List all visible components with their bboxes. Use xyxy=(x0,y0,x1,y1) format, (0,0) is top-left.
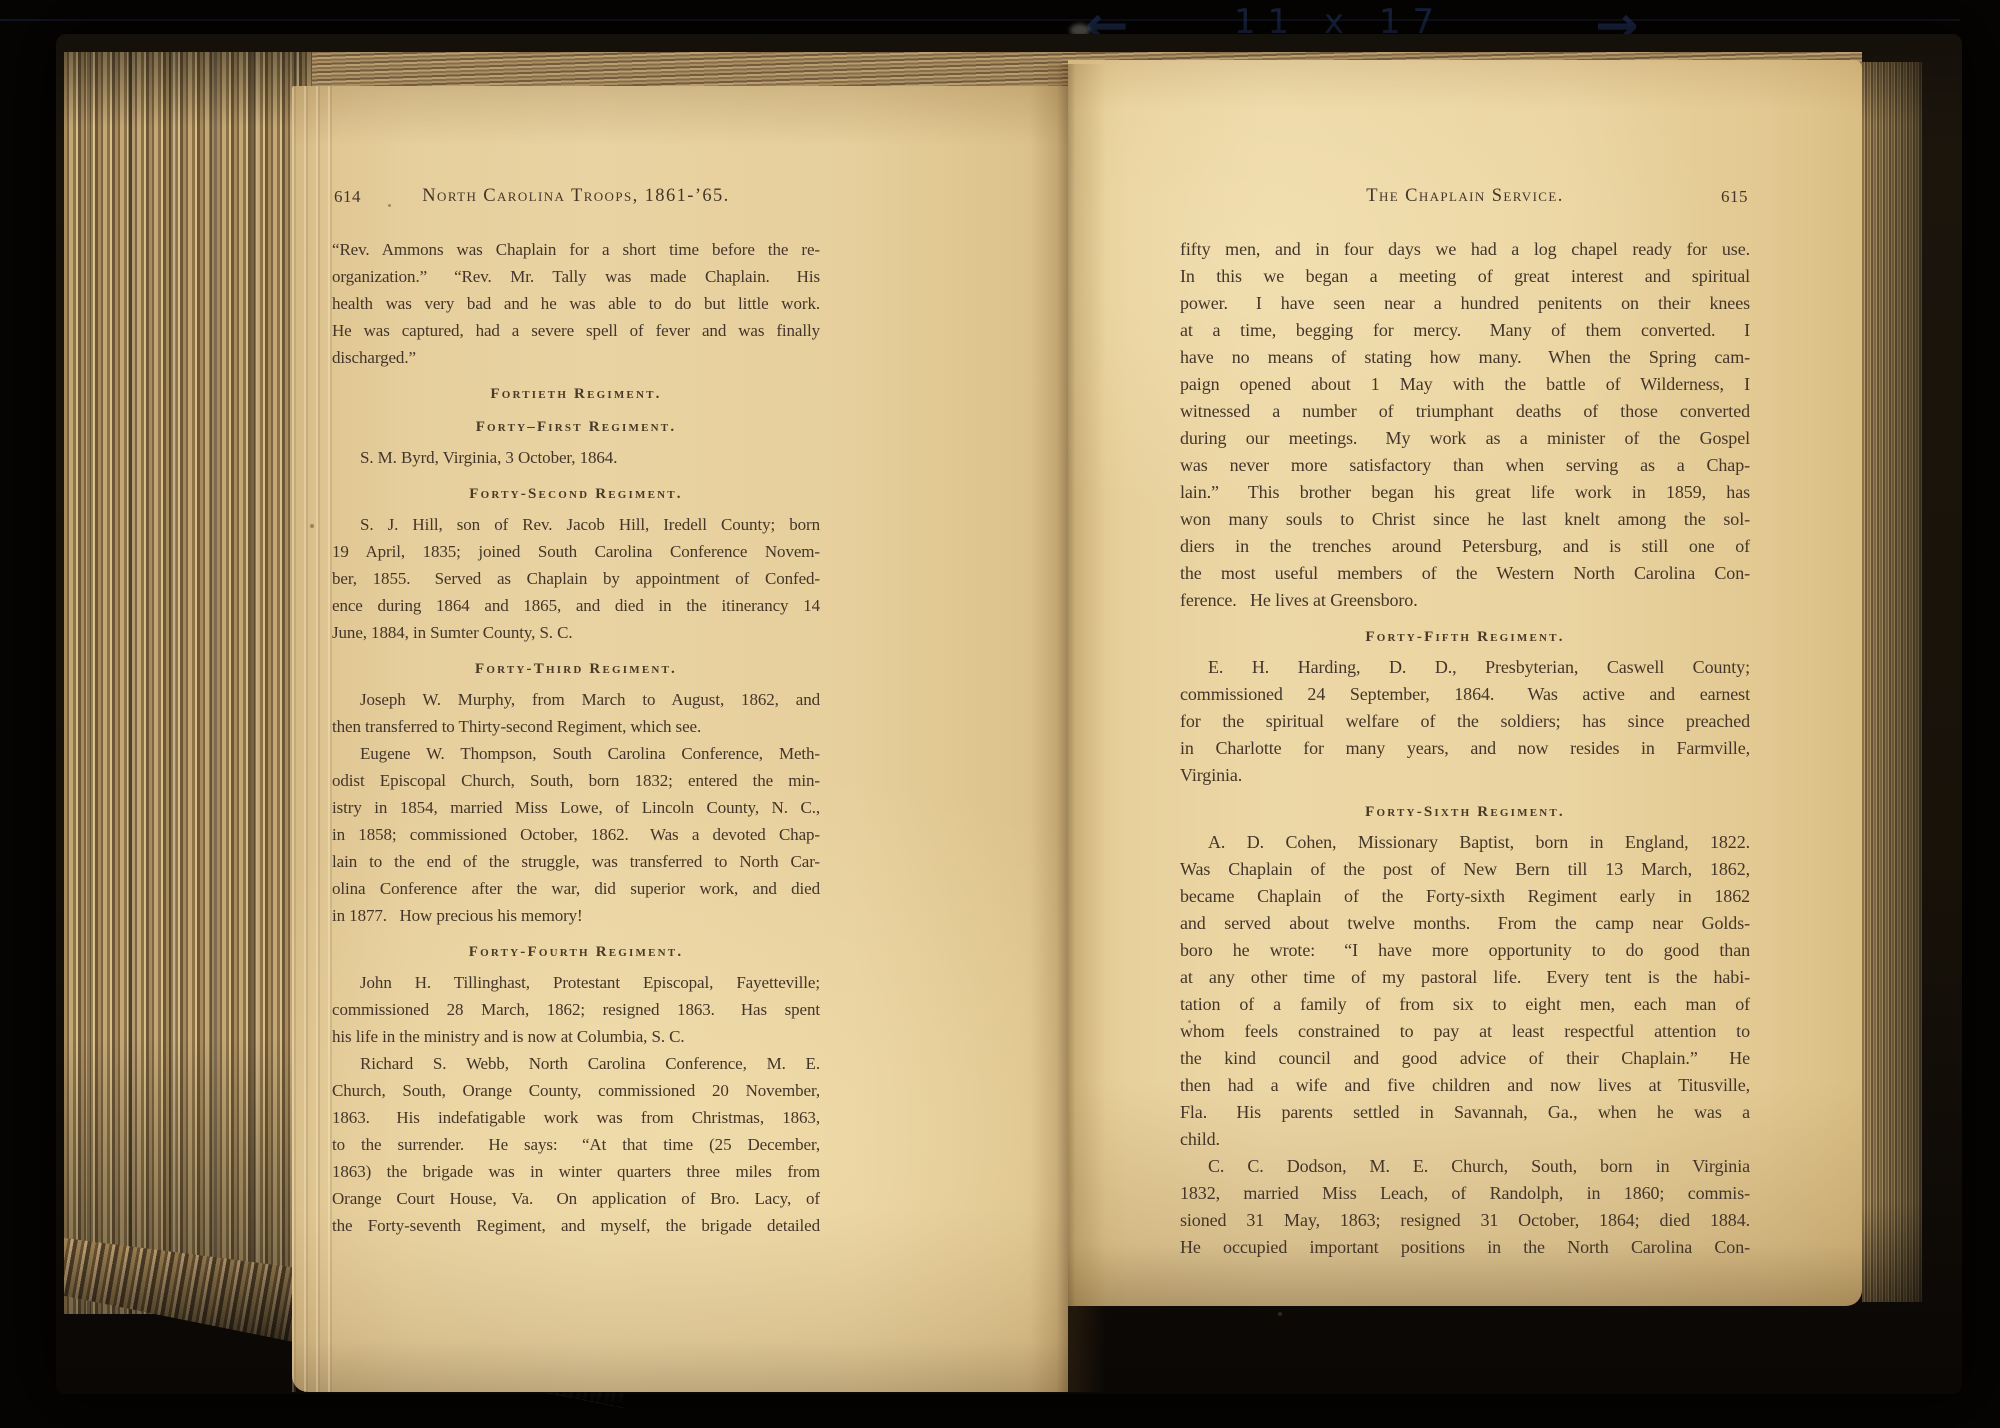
text-line: then transferred to Thirty-second Regime… xyxy=(332,713,820,740)
text-line: won many souls to Christ since he last k… xyxy=(1180,506,1750,533)
text-line: Joseph W. Murphy, from March to August, … xyxy=(332,686,820,713)
text-line: became Chaplain of the Forty-sixth Regim… xyxy=(1180,883,1750,910)
text-line: ence during 1864 and 1865, and died in t… xyxy=(332,592,820,619)
text-line: June, 1884, in Sumter County, S. C. xyxy=(332,619,820,646)
regiment-heading: Forty-Third Regiment. xyxy=(332,659,820,679)
paper-speck xyxy=(1278,1312,1282,1316)
paragraph: S. M. Byrd, Virginia, 3 October, 1864. xyxy=(332,444,820,471)
text-line: health was very bad and he was able to d… xyxy=(332,290,820,317)
text-line: Church, South, Orange County, commission… xyxy=(332,1077,820,1104)
text-line: Virginia. xyxy=(1180,762,1750,789)
text-line: Fla. His parents settled in Savannah, Ga… xyxy=(1180,1099,1750,1126)
text-line: fifty men, and in four days we had a log… xyxy=(1180,236,1750,263)
text-line: S. M. Byrd, Virginia, 3 October, 1864. xyxy=(332,444,820,471)
text-line: diers in the trenches around Petersburg,… xyxy=(1180,533,1750,560)
text-line: to the surrender. He says: “At that time… xyxy=(332,1131,820,1158)
text-line: during our meetings. My work as a minist… xyxy=(1180,425,1750,452)
right-text-column: The Chaplain Service. 615 fifty men, and… xyxy=(1180,186,1750,1261)
regiment-heading: Forty-Fifth Regiment. xyxy=(1180,627,1750,647)
text-line: He was captured, had a severe spell of f… xyxy=(332,317,820,344)
page-body: fifty men, and in four days we had a log… xyxy=(1180,236,1750,1261)
text-line: 1863) the brigade was in winter quarters… xyxy=(332,1158,820,1185)
paragraph: S. J. Hill, son of Rev. Jacob Hill, Ired… xyxy=(332,511,820,646)
paragraph: “Rev. Ammons was Chaplain for a short ti… xyxy=(332,236,820,371)
page-number: 614 xyxy=(334,187,361,207)
paragraph: A. D. Cohen, Missionary Baptist, born in… xyxy=(1180,829,1750,1153)
text-line: lain.” This brother began his great life… xyxy=(1180,479,1750,506)
text-line: power. I have seen near a hundred penite… xyxy=(1180,290,1750,317)
text-line: Was Chaplain of the post of New Bern til… xyxy=(1180,856,1750,883)
text-line: tation of a family of from six to eight … xyxy=(1180,991,1750,1018)
text-line: at a time, begging for mercy. Many of th… xyxy=(1180,317,1750,344)
text-line: Orange Court House, Va. On application o… xyxy=(332,1185,820,1212)
page-body: “Rev. Ammons was Chaplain for a short ti… xyxy=(332,236,820,1239)
text-line: “Rev. Ammons was Chaplain for a short ti… xyxy=(332,236,820,263)
text-line: A. D. Cohen, Missionary Baptist, born in… xyxy=(1180,829,1750,856)
text-line: sioned 31 May, 1863; resigned 31 October… xyxy=(1180,1207,1750,1234)
text-line: in 1877. How precious his memory! xyxy=(332,902,820,929)
text-line: the most useful members of the Western N… xyxy=(1180,560,1750,587)
text-line: the Forty-seventh Regiment, and myself, … xyxy=(332,1212,820,1239)
book-page-left: 614 North Carolina Troops, 1861-’65. “Re… xyxy=(292,86,1068,1392)
text-line: then had a wife and five children and no… xyxy=(1180,1072,1750,1099)
text-line: S. J. Hill, son of Rev. Jacob Hill, Ired… xyxy=(332,511,820,538)
text-line: 19 April, 1835; joined South Carolina Co… xyxy=(332,538,820,565)
regiment-heading: Fortieth Regiment. xyxy=(332,384,820,404)
text-line: E. H. Harding, D. D., Presbyterian, Casw… xyxy=(1180,654,1750,681)
text-line: have no means of stating how many. When … xyxy=(1180,344,1750,371)
text-line: ference. He lives at Greensboro. xyxy=(1180,587,1750,614)
paragraph: Joseph W. Murphy, from March to August, … xyxy=(332,686,820,740)
regiment-heading: Forty-Sixth Regiment. xyxy=(1180,802,1750,822)
paragraph: John H. Tillinghast, Protestant Episcopa… xyxy=(332,969,820,1050)
text-line: commissioned 28 March, 1862; resigned 18… xyxy=(332,996,820,1023)
regiment-heading: Forty–First Regiment. xyxy=(332,417,820,437)
paragraph: Richard S. Webb, North Carolina Conferen… xyxy=(332,1050,820,1239)
text-line: C. C. Dodson, M. E. Church, South, born … xyxy=(1180,1153,1750,1180)
paragraph: E. H. Harding, D. D., Presbyterian, Casw… xyxy=(1180,654,1750,789)
paragraph: Eugene W. Thompson, South Carolina Confe… xyxy=(332,740,820,929)
text-line: organization.” “Rev. Mr. Tally was made … xyxy=(332,263,820,290)
book-gutter-shadow xyxy=(1030,64,1106,1392)
text-line: paign opened about 1 May with the battle… xyxy=(1180,371,1750,398)
text-line: He occupied important positions in the N… xyxy=(1180,1234,1750,1261)
running-title: The Chaplain Service. xyxy=(1180,186,1750,207)
running-head: 614 North Carolina Troops, 1861-’65. xyxy=(332,186,820,212)
running-head: The Chaplain Service. 615 xyxy=(1180,186,1750,212)
book-page-right: The Chaplain Service. 615 fifty men, and… xyxy=(1068,60,1862,1306)
right-page-edge-stack xyxy=(1862,62,1922,1302)
regiment-heading: Forty-Fourth Regiment. xyxy=(332,942,820,962)
running-title: North Carolina Troops, 1861-’65. xyxy=(332,186,820,207)
left-page-edge-stack xyxy=(64,52,312,1314)
text-line: In this we began a meeting of great inte… xyxy=(1180,263,1750,290)
text-line: child. xyxy=(1180,1126,1750,1153)
paragraph: fifty men, and in four days we had a log… xyxy=(1180,236,1750,614)
text-line: the kind council and good advice of thei… xyxy=(1180,1045,1750,1072)
page-number: 615 xyxy=(1721,187,1748,207)
text-line: lain to the end of the struggle, was tra… xyxy=(332,848,820,875)
text-line: boro he wrote: “I have more opportunity … xyxy=(1180,937,1750,964)
paper-speck xyxy=(310,524,314,528)
text-line: whom feels constrained to pay at least r… xyxy=(1180,1018,1750,1045)
text-line: was never more satisfactory than when se… xyxy=(1180,452,1750,479)
text-line: commissioned 24 September, 1864. Was act… xyxy=(1180,681,1750,708)
left-text-column: 614 North Carolina Troops, 1861-’65. “Re… xyxy=(332,186,820,1239)
text-line: in 1858; commissioned October, 1862. Was… xyxy=(332,821,820,848)
regiment-heading: Forty-Second Regiment. xyxy=(332,484,820,504)
paragraph: C. C. Dodson, M. E. Church, South, born … xyxy=(1180,1153,1750,1261)
text-line: istry in 1854, married Miss Lowe, of Lin… xyxy=(332,794,820,821)
text-line: John H. Tillinghast, Protestant Episcopa… xyxy=(332,969,820,996)
text-line: odist Episcopal Church, South, born 1832… xyxy=(332,767,820,794)
text-line: 1832, married Miss Leach, of Randolph, i… xyxy=(1180,1180,1750,1207)
text-line: witnessed a number of triumphant deaths … xyxy=(1180,398,1750,425)
text-line: Richard S. Webb, North Carolina Conferen… xyxy=(332,1050,820,1077)
text-line: discharged.” xyxy=(332,344,820,371)
text-line: his life in the ministry and is now at C… xyxy=(332,1023,820,1050)
scanned-book-photo: ← 11 x 17 → 614 North Carolina Troops, 1… xyxy=(0,0,2000,1428)
text-line: olina Conference after the war, did supe… xyxy=(332,875,820,902)
text-line: in Charlotte for many years, and now res… xyxy=(1180,735,1750,762)
text-line: Eugene W. Thompson, South Carolina Confe… xyxy=(332,740,820,767)
scanner-ruler-line xyxy=(0,19,1960,21)
text-line: 1863. His indefatigable work was from Ch… xyxy=(332,1104,820,1131)
text-line: for the spiritual welfare of the soldier… xyxy=(1180,708,1750,735)
text-line: ber, 1855. Served as Chaplain by appoint… xyxy=(332,565,820,592)
text-line: at any other time of my pastoral life. E… xyxy=(1180,964,1750,991)
text-line: and served about twelve months. From the… xyxy=(1180,910,1750,937)
